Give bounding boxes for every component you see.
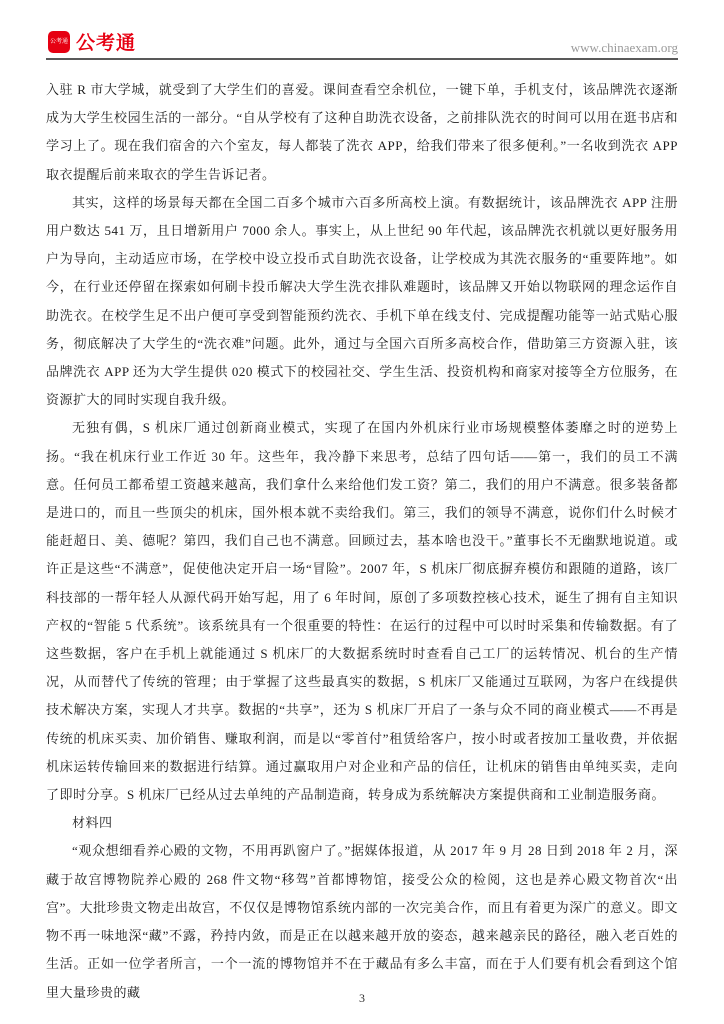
page-header: 公考通 公考通 www.chinaexam.org (46, 24, 678, 60)
paragraph: 其实，这样的场景每天都在全国二百多个城市六百多所高校上演。有数据统计，该品牌洗衣… (46, 189, 678, 415)
page-number: 3 (0, 991, 724, 1006)
logo-badge-icon: 公考通 (48, 31, 70, 53)
paragraph: 材料四 (46, 809, 678, 837)
paragraph: 无独有偶，S 机床厂通过创新商业模式，实现了在国内外机床行业市场规模整体萎靡之时… (46, 414, 678, 809)
paragraph: “观众想细看养心殿的文物，不用再趴窗户了。”据媒体报道，从 2017 年 9 月… (46, 837, 678, 1006)
document-body: 入驻 R 市大学城，就受到了大学生们的喜爱。课间查看空余机位，一键下单，手机支付… (46, 76, 678, 1007)
paragraph: 入驻 R 市大学城，就受到了大学生们的喜爱。课间查看空余机位，一键下单，手机支付… (46, 76, 678, 189)
brand-logo: 公考通 公考通 (48, 28, 136, 55)
document-page: 公考通 公考通 www.chinaexam.org 入驻 R 市大学城，就受到了… (0, 0, 724, 1024)
logo-text: 公考通 (76, 28, 136, 55)
website-url: www.chinaexam.org (571, 40, 678, 56)
